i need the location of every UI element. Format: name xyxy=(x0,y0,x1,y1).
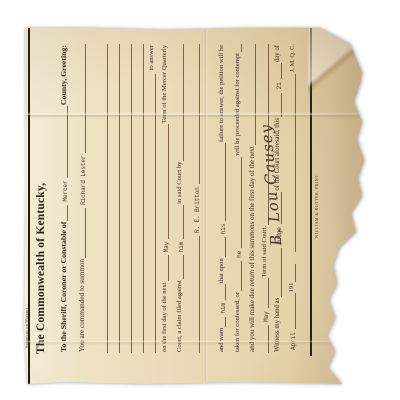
typed-entry-warn-pronoun1: him xyxy=(221,300,227,317)
typed-entry-county: Mercer xyxy=(63,178,69,205)
judge-title-abbrev: J. M. Q. C. xyxy=(290,44,296,74)
form-line-claim: Court, a claim filed against him in said… xyxy=(174,44,184,353)
fold-crease xyxy=(204,28,208,384)
form-line-date: April 191 J. M. Q. C. xyxy=(286,44,296,353)
typed-entry-term-month: May xyxy=(164,239,170,256)
blank-ruled-line xyxy=(98,44,108,353)
form-line-next-term: on the first day of the next May Term of… xyxy=(159,44,169,353)
form-line-plaintiff: R. E. Britton xyxy=(190,44,200,353)
form-line-confessed: taken for confessed, or he will be proce… xyxy=(232,44,242,353)
scan-background: Summons on Warrant The Commonwealth of K… xyxy=(0,0,400,400)
summon-line-text: You are commanded to summon xyxy=(79,258,86,353)
form-line-answer: to answer xyxy=(146,44,156,353)
typed-entry-plaintiff: R. E. Britton xyxy=(195,184,201,236)
blank-ruled-line xyxy=(110,44,120,353)
blank-ruled-line xyxy=(134,44,144,353)
typed-entry-term-month2: May xyxy=(264,308,270,325)
answer-text: to answer xyxy=(149,44,156,74)
top-border-rule xyxy=(28,28,30,384)
fold-crease xyxy=(24,112,364,118)
form-line-warn: and warn him that upon his failure to an… xyxy=(216,44,226,353)
rotated-paper-wrapper: Summons on Warrant The Commonwealth of K… xyxy=(24,28,364,384)
typed-entry-claim-pronoun: him xyxy=(179,239,185,256)
typed-entry-defendant: Richard Lester xyxy=(81,153,87,208)
to-line-text: To the Sheriff, Coroner or Constable of xyxy=(60,221,68,353)
summons-document: Summons on Warrant The Commonwealth of K… xyxy=(24,28,364,384)
form-title: The Commonwealth of Kentucky, xyxy=(35,183,47,354)
typed-entry-warn-pronoun2: his xyxy=(221,221,227,238)
blank-ruled-line xyxy=(122,44,132,353)
typed-entry-day: 21 xyxy=(277,79,283,92)
form-line-summon: You are commanded to summon Richard Lest… xyxy=(76,44,86,353)
typed-entry-confessed-pronoun: he xyxy=(237,248,243,261)
printed-year: 191 xyxy=(289,282,296,294)
fold-crease xyxy=(24,340,364,345)
form-line-to: To the Sheriff, Coroner or Constable of … xyxy=(58,44,68,353)
bottom-border-rule xyxy=(310,28,312,356)
printer-credit: WILLIAM & ROTTER, PRINT. xyxy=(314,28,319,384)
greeting-text: County, Greeting: xyxy=(60,44,68,106)
